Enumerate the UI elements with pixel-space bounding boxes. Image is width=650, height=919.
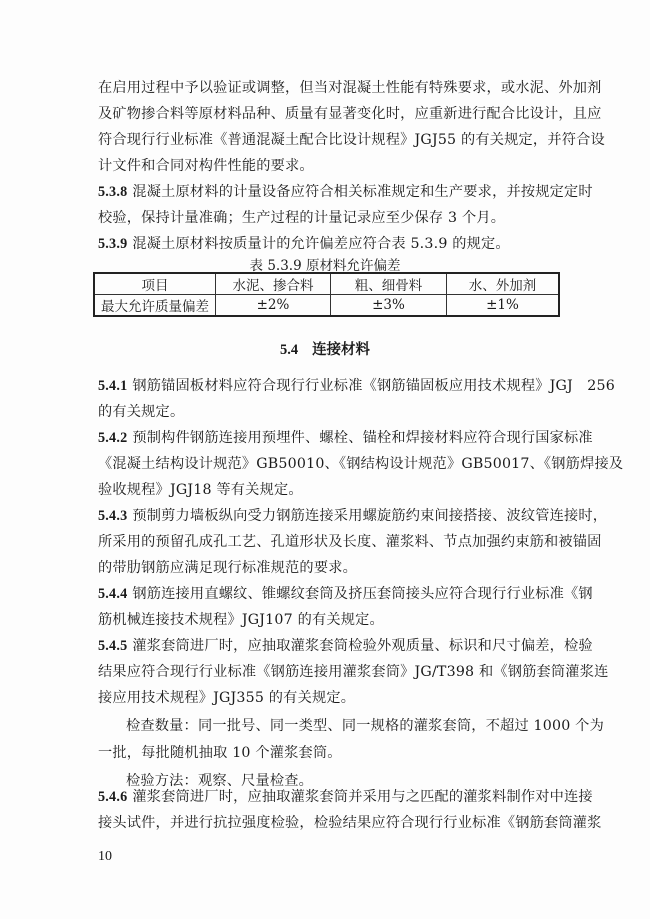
clause-text: 混凝土原材料的计量设备应符合相关标准规定和生产要求，并按规定定时 (132, 184, 592, 200)
paragraph-line: 验收规程》JGJ18 等有关规定。 (98, 481, 568, 499)
paragraph-line: 在启用过程中予以验证或调整，但当对混凝土性能有特殊要求，或水泥、外加剂 (98, 79, 568, 97)
clause-number: 5.3.8 (98, 184, 127, 200)
clause-number: 5.4.6 (98, 789, 127, 805)
clause-text: 灌浆套筒进厂时，应抽取灌浆套筒检验外观质量、标识和尺寸偏差，检验 (132, 638, 592, 654)
paragraph-line: 接头试件，并进行抗拉强度检验，检验结果应符合现行行业标准《钢筋套筒灌浆 (98, 814, 568, 832)
clause-text: 钢筋连接用直螺纹、锥螺纹套筒及挤压套筒接头应符合现行行业标准《钢 (132, 586, 592, 602)
paragraph-line: 符合现行行业标准《普通混凝土配合比设计规程》JGJ55 的有关规定，并符合设 (98, 131, 568, 149)
clause-text: 预制构件钢筋连接用预埋件、螺栓、锚栓和焊接材料应符合现行国家标准 (132, 430, 592, 446)
clause-number: 5.3.9 (98, 236, 127, 252)
page-number: 10 (98, 849, 112, 865)
clause-text: 预制剪力墙板纵向受力钢筋连接采用螺旋筋约束间接搭接、波纹管连接时， (132, 508, 607, 524)
inspection-quantity: 检查数量：同一批号、同一类型、同一规格的灌浆套筒，不超过 1000 个为 (126, 717, 568, 735)
clause-number: 5.4.4 (98, 586, 127, 602)
paragraph-line: 的有关规定。 (98, 403, 568, 421)
clause-number: 5.4.1 (98, 378, 127, 394)
table-caption: 表 5.3.9 原材料允许偏差 (0, 254, 650, 274)
section-number: 5.4 (280, 342, 298, 358)
table-header-cell: 项目 (94, 273, 216, 295)
paragraph-line: 的带肋钢筋应满足现行标准规范的要求。 (98, 559, 568, 577)
table-cell: ±3% (331, 295, 447, 317)
paragraph-line: 一批，每批随机抽取 10 个灌浆套筒。 (98, 744, 568, 762)
clause-5-4-1: 5.4.1钢筋锚固板材料应符合现行行业标准《钢筋锚固板应用技术规程》JGJ 25… (98, 377, 568, 395)
clause-text: 钢筋锚固板材料应符合现行行业标准《钢筋锚固板应用技术规程》JGJ 256 (132, 378, 615, 394)
paragraph-line: 结果应符合现行行业标准《钢筋连接用灌浆套筒》JG/T398 和《钢筋套筒灌浆连 (98, 663, 568, 681)
paragraph-line: 《混凝土结构设计规范》GB50010、《钢结构设计规范》GB50017、《钢筋焊… (98, 455, 568, 473)
paragraph-line: 校验，保持计量准确；生产过程的计量记录应至少保存 3 个月。 (98, 209, 568, 227)
document-page: 在启用过程中予以验证或调整，但当对混凝土性能有特殊要求，或水泥、外加剂 及矿物掺… (0, 0, 650, 919)
paragraph-line: 接应用技术规程》JGJ355 的有关规定。 (98, 689, 568, 707)
section-title: 连接材料 (312, 341, 370, 358)
clause-number: 5.4.5 (98, 638, 127, 654)
table-header-row: 项目 水泥、掺合料 粗、细骨料 水、外加剂 (94, 273, 559, 295)
clause-number: 5.4.2 (98, 430, 127, 446)
clause-text: 混凝土原材料按质量计的允许偏差应符合表 5.3.9 的规定。 (132, 236, 509, 252)
table-cell: 最大允许质量偏差 (94, 295, 216, 317)
section-heading: 5.4连接材料 (0, 338, 650, 359)
table-header-cell: 水、外加剂 (447, 273, 560, 295)
clause-5-4-3: 5.4.3预制剪力墙板纵向受力钢筋连接采用螺旋筋约束间接搭接、波纹管连接时， (98, 507, 568, 525)
table-cell: ±1% (447, 295, 560, 317)
table-header-cell: 粗、细骨料 (331, 273, 447, 295)
table-row: 最大允许质量偏差 ±2% ±3% ±1% (94, 295, 559, 317)
paragraph-line: 计文件和合同对构件性能的要求。 (98, 157, 568, 175)
clause-5-4-2: 5.4.2预制构件钢筋连接用预埋件、螺栓、锚栓和焊接材料应符合现行国家标准 (98, 429, 568, 447)
clause-5-4-5: 5.4.5灌浆套筒进厂时，应抽取灌浆套筒检验外观质量、标识和尺寸偏差，检验 (98, 637, 568, 655)
clause-5-3-9: 5.3.9混凝土原材料按质量计的允许偏差应符合表 5.3.9 的规定。 (98, 235, 568, 253)
paragraph-line: 筋机械连接技术规程》JGJ107 的有关规定。 (98, 611, 568, 629)
table-header-cell: 水泥、掺合料 (216, 273, 331, 295)
paragraph-line: 所采用的预留孔成孔工艺、孔道形状及长度、灌浆料、节点加强约束筋和被锚固 (98, 533, 568, 551)
clause-5-3-8: 5.3.8混凝土原材料的计量设备应符合相关标准规定和生产要求，并按规定定时 (98, 183, 568, 201)
tolerance-table: 项目 水泥、掺合料 粗、细骨料 水、外加剂 最大允许质量偏差 ±2% ±3% ±… (93, 272, 560, 317)
table-cell: ±2% (216, 295, 331, 317)
clause-5-4-6: 5.4.6灌浆套筒进厂时，应抽取灌浆套筒并采用与之匹配的灌浆料制作对中连接 (98, 788, 568, 806)
clause-text: 灌浆套筒进厂时，应抽取灌浆套筒并采用与之匹配的灌浆料制作对中连接 (132, 789, 592, 805)
clause-5-4-4: 5.4.4钢筋连接用直螺纹、锥螺纹套筒及挤压套筒接头应符合现行行业标准《钢 (98, 585, 568, 603)
paragraph-line: 及矿物掺合料等原材料品种、质量有显著变化时，应重新进行配合比设计，且应 (98, 105, 568, 123)
clause-number: 5.4.3 (98, 508, 127, 524)
